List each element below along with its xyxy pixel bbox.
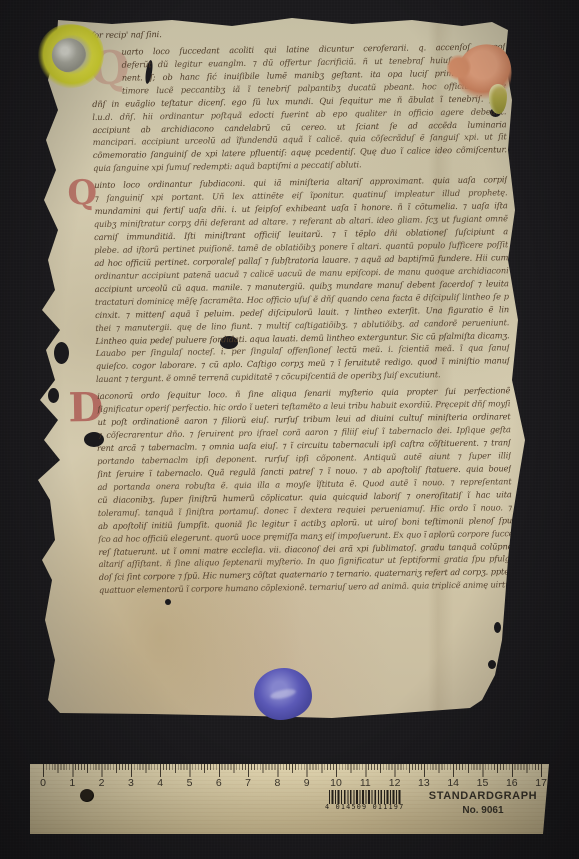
ruler-number: 10 <box>330 777 342 789</box>
manuscript-paragraph: Diaconorũ ordo ſequitur loco. ñ ſine ali… <box>96 384 513 597</box>
parchment-hole <box>488 660 496 669</box>
ruler-number: 4 <box>157 777 163 789</box>
ruler-number: 13 <box>418 777 430 789</box>
ruler-number: 7 <box>245 777 251 789</box>
photo-background: docet capituliſ ⁊ nula nec primuſſor rec… <box>0 0 579 859</box>
parchment-hole <box>48 388 59 403</box>
manuscript-paragraph: Quinto loco ordinantur ſubdiaconi. qui i… <box>93 173 510 386</box>
ruler-number: 6 <box>216 777 222 789</box>
ruler-number: 16 <box>506 777 518 789</box>
barcode: 4 014509 011197 <box>325 790 405 814</box>
blue-wax-seal <box>254 668 312 720</box>
ruler-number: 11 <box>360 777 371 789</box>
seal-glint <box>269 687 296 700</box>
parchment-hole <box>165 599 171 605</box>
yellow-wax-core <box>50 36 88 74</box>
brand-label: STANDARDGRAPH <box>420 790 546 802</box>
parchment-hole <box>54 342 69 364</box>
ruler-number: 1 <box>69 777 75 789</box>
rubric-initial: Q <box>67 179 91 205</box>
ruler-cm-ticks <box>43 764 542 777</box>
ruler-number: 8 <box>274 777 280 789</box>
text-block: docet capituliſ ⁊ nula nec primuſſor rec… <box>91 10 513 597</box>
ruler-number: 3 <box>128 777 134 789</box>
manuscript-paragraph: docet capituliſ ⁊ nula nec primuſſor rec… <box>91 10 505 42</box>
parchment-hole <box>494 622 501 633</box>
ruler-number: 15 <box>477 777 489 789</box>
ruler: 01234567891011121314151617 4 014509 0111… <box>30 764 551 834</box>
ruler-number: 17 <box>535 777 547 789</box>
ruler-number: 14 <box>447 777 459 789</box>
rubric-initial: D <box>68 390 95 429</box>
ruler-number: 2 <box>99 777 105 789</box>
parchment-leaf: docet capituliſ ⁊ nula nec primuſſor rec… <box>32 16 546 722</box>
barcode-digits: 4 014509 011197 <box>325 803 405 811</box>
ruler-hanging-hole <box>80 789 94 802</box>
ruler-numbers: 01234567891011121314151617 <box>30 777 551 789</box>
ruler-number: 12 <box>389 777 401 789</box>
ruler-number: 9 <box>304 777 310 789</box>
barcode-bars <box>329 790 401 804</box>
model-label: No. 9061 <box>420 805 546 816</box>
ruler-number: 5 <box>187 777 193 789</box>
ruler-number: 0 <box>40 777 46 789</box>
manuscript-paragraph: Quarto loco ſuccedant acoliti qui latine… <box>91 40 507 175</box>
